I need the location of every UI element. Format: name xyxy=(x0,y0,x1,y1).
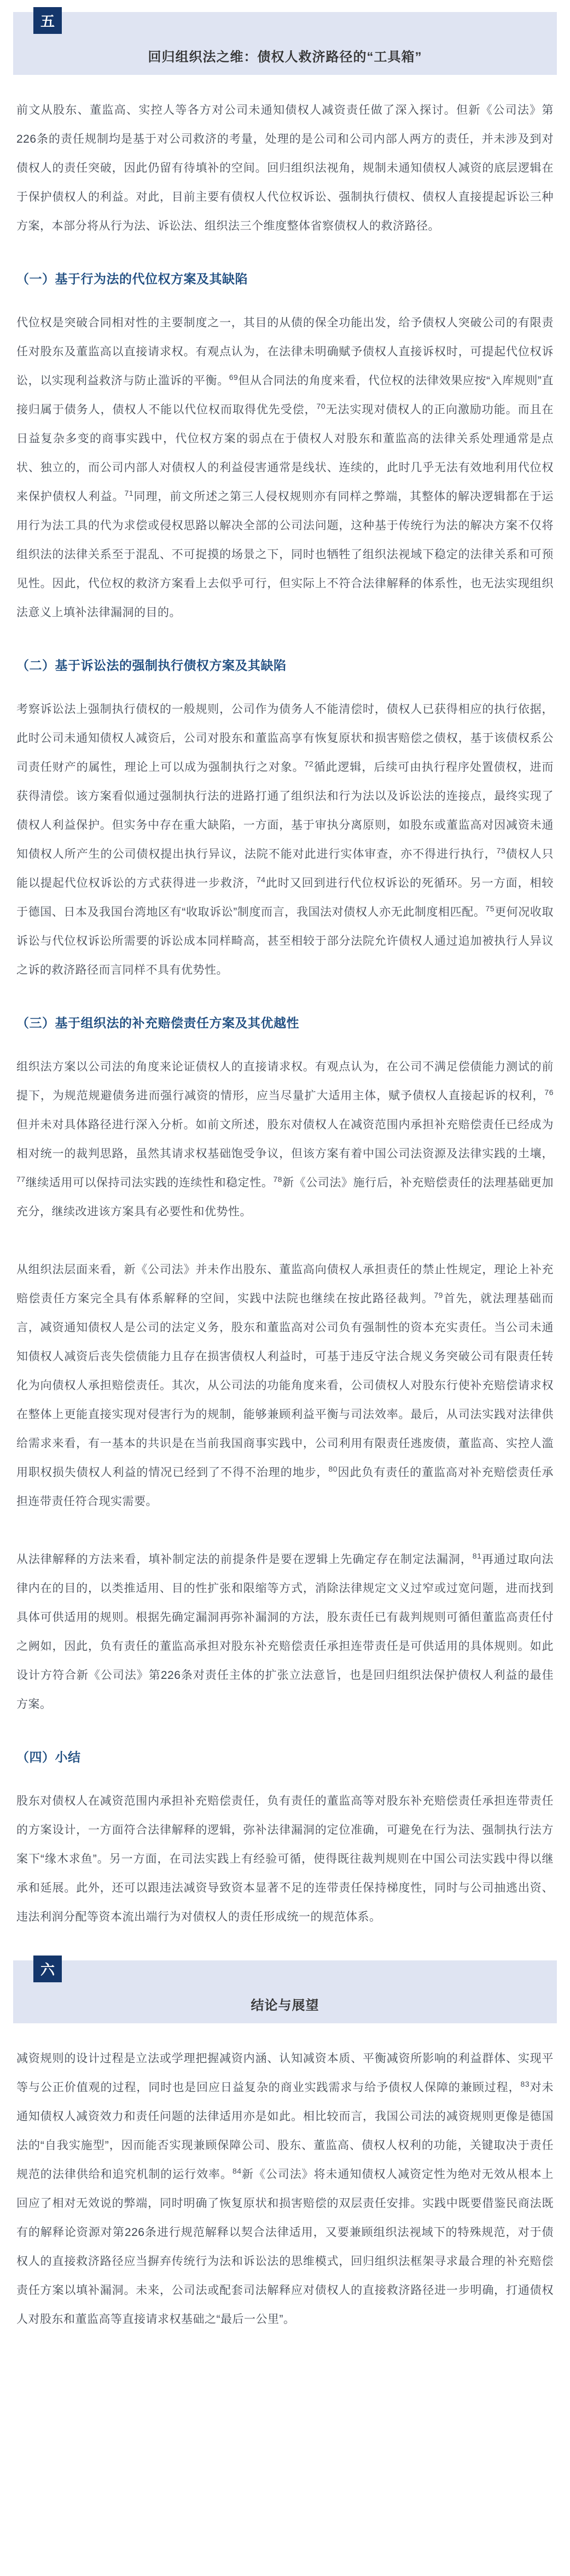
footnote-ref: 71 xyxy=(124,489,133,497)
section-5: 五 回归组织法之维：债权人救济路径的“工具箱” 前文从股东、董监高、实控人等各方… xyxy=(0,12,570,1931)
footnote-ref: 76 xyxy=(544,1088,554,1097)
footnote-ref: 69 xyxy=(229,373,239,382)
subsection-heading: （三）基于组织法的补充赔偿责任方案及其优越性 xyxy=(16,1014,554,1032)
paragraph: 股东对债权人在减资范围内承担补充赔偿责任，负有责任的董监高等对股东补充赔偿责任承… xyxy=(16,1787,554,1931)
section-5-banner: 五 回归组织法之维：债权人救济路径的“工具箱” xyxy=(13,12,557,75)
subsection-heading: （四）小结 xyxy=(16,1748,554,1766)
paragraph: 组织法方案以公司法的角度来论证债权人的直接请求权。有观点认为，在公司不满足偿债能… xyxy=(16,1052,554,1226)
footnote-ref: 78 xyxy=(273,1175,282,1184)
footnote-ref: 75 xyxy=(485,904,495,913)
section-6-badge: 六 xyxy=(33,1956,62,1982)
section-6: 六 结论与展望 减资规则的设计过程是立法或学理把握减资内涵、认知减资本质、平衡减… xyxy=(0,1960,570,2334)
section-5-title: 回归组织法之维：债权人救济路径的“工具箱” xyxy=(13,12,557,65)
section-5-badge: 五 xyxy=(33,7,62,34)
section-6-title: 结论与展望 xyxy=(13,1960,557,2013)
footnote-ref: 77 xyxy=(16,1175,26,1184)
footnote-ref: 73 xyxy=(497,846,506,855)
footnote-ref: 84 xyxy=(232,2167,242,2175)
footnote-ref: 70 xyxy=(317,402,326,411)
paragraph: 从组织法层面来看，新《公司法》并未作出股东、董监高向债权人承担责任的禁止性规定，… xyxy=(16,1255,554,1516)
footnote-ref: 79 xyxy=(434,1291,443,1299)
section-6-banner: 六 结论与展望 xyxy=(13,1960,557,2023)
footnote-ref: 74 xyxy=(257,875,266,884)
paragraph: 减资规则的设计过程是立法或学理把握减资内涵、认知减资本质、平衡减资所影响的利益群… xyxy=(16,2044,554,2334)
paragraph: 考察诉讼法上强制执行债权的一般规则，公司作为债务人不能清偿时，债权人已获得相应的… xyxy=(16,695,554,985)
paragraph: 前文从股东、董监高、实控人等各方对公司未通知债权人减资责任做了深入探讨。但新《公… xyxy=(16,96,554,241)
subsection-heading: （一）基于行为法的代位权方案及其缺陷 xyxy=(16,270,554,288)
footnote-ref: 72 xyxy=(305,759,314,768)
article-page: 五 回归组织法之维：债权人救济路径的“工具箱” 前文从股东、董监高、实控人等各方… xyxy=(0,12,570,2334)
footnote-ref: 81 xyxy=(473,1552,482,1560)
section-5-content: 前文从股东、董监高、实控人等各方对公司未通知债权人减资责任做了深入探讨。但新《公… xyxy=(0,96,570,1931)
paragraph: 代位权是突破合同相对性的主要制度之一，其目的从债的保全功能出发，给予债权人突破公… xyxy=(16,308,554,627)
section-6-content: 减资规则的设计过程是立法或学理把握减资内涵、认知减资本质、平衡减资所影响的利益群… xyxy=(0,2044,570,2334)
paragraph: 从法律解释的方法来看，填补制定法的前提条件是要在逻辑上先确定存在制定法漏洞，81… xyxy=(16,1545,554,1719)
subsection-heading: （二）基于诉讼法的强制执行债权方案及其缺陷 xyxy=(16,656,554,675)
footnote-ref: 80 xyxy=(328,1465,338,1473)
footnote-ref: 83 xyxy=(521,2080,530,2088)
